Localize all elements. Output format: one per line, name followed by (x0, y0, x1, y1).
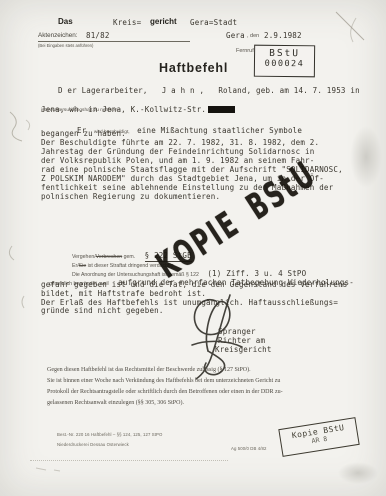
pencil-mark (10, 112, 22, 141)
pencil-mark (9, 246, 14, 260)
fold-line (336, 12, 364, 40)
pencil-mark (22, 296, 24, 308)
pencil-mark (26, 120, 30, 130)
scanned-arrest-warrant-document: Das Kreis= gericht Gera=Stadt Aktenzeich… (0, 0, 386, 496)
scan-speck (36, 468, 60, 471)
scan-marks-overlay (0, 0, 386, 496)
